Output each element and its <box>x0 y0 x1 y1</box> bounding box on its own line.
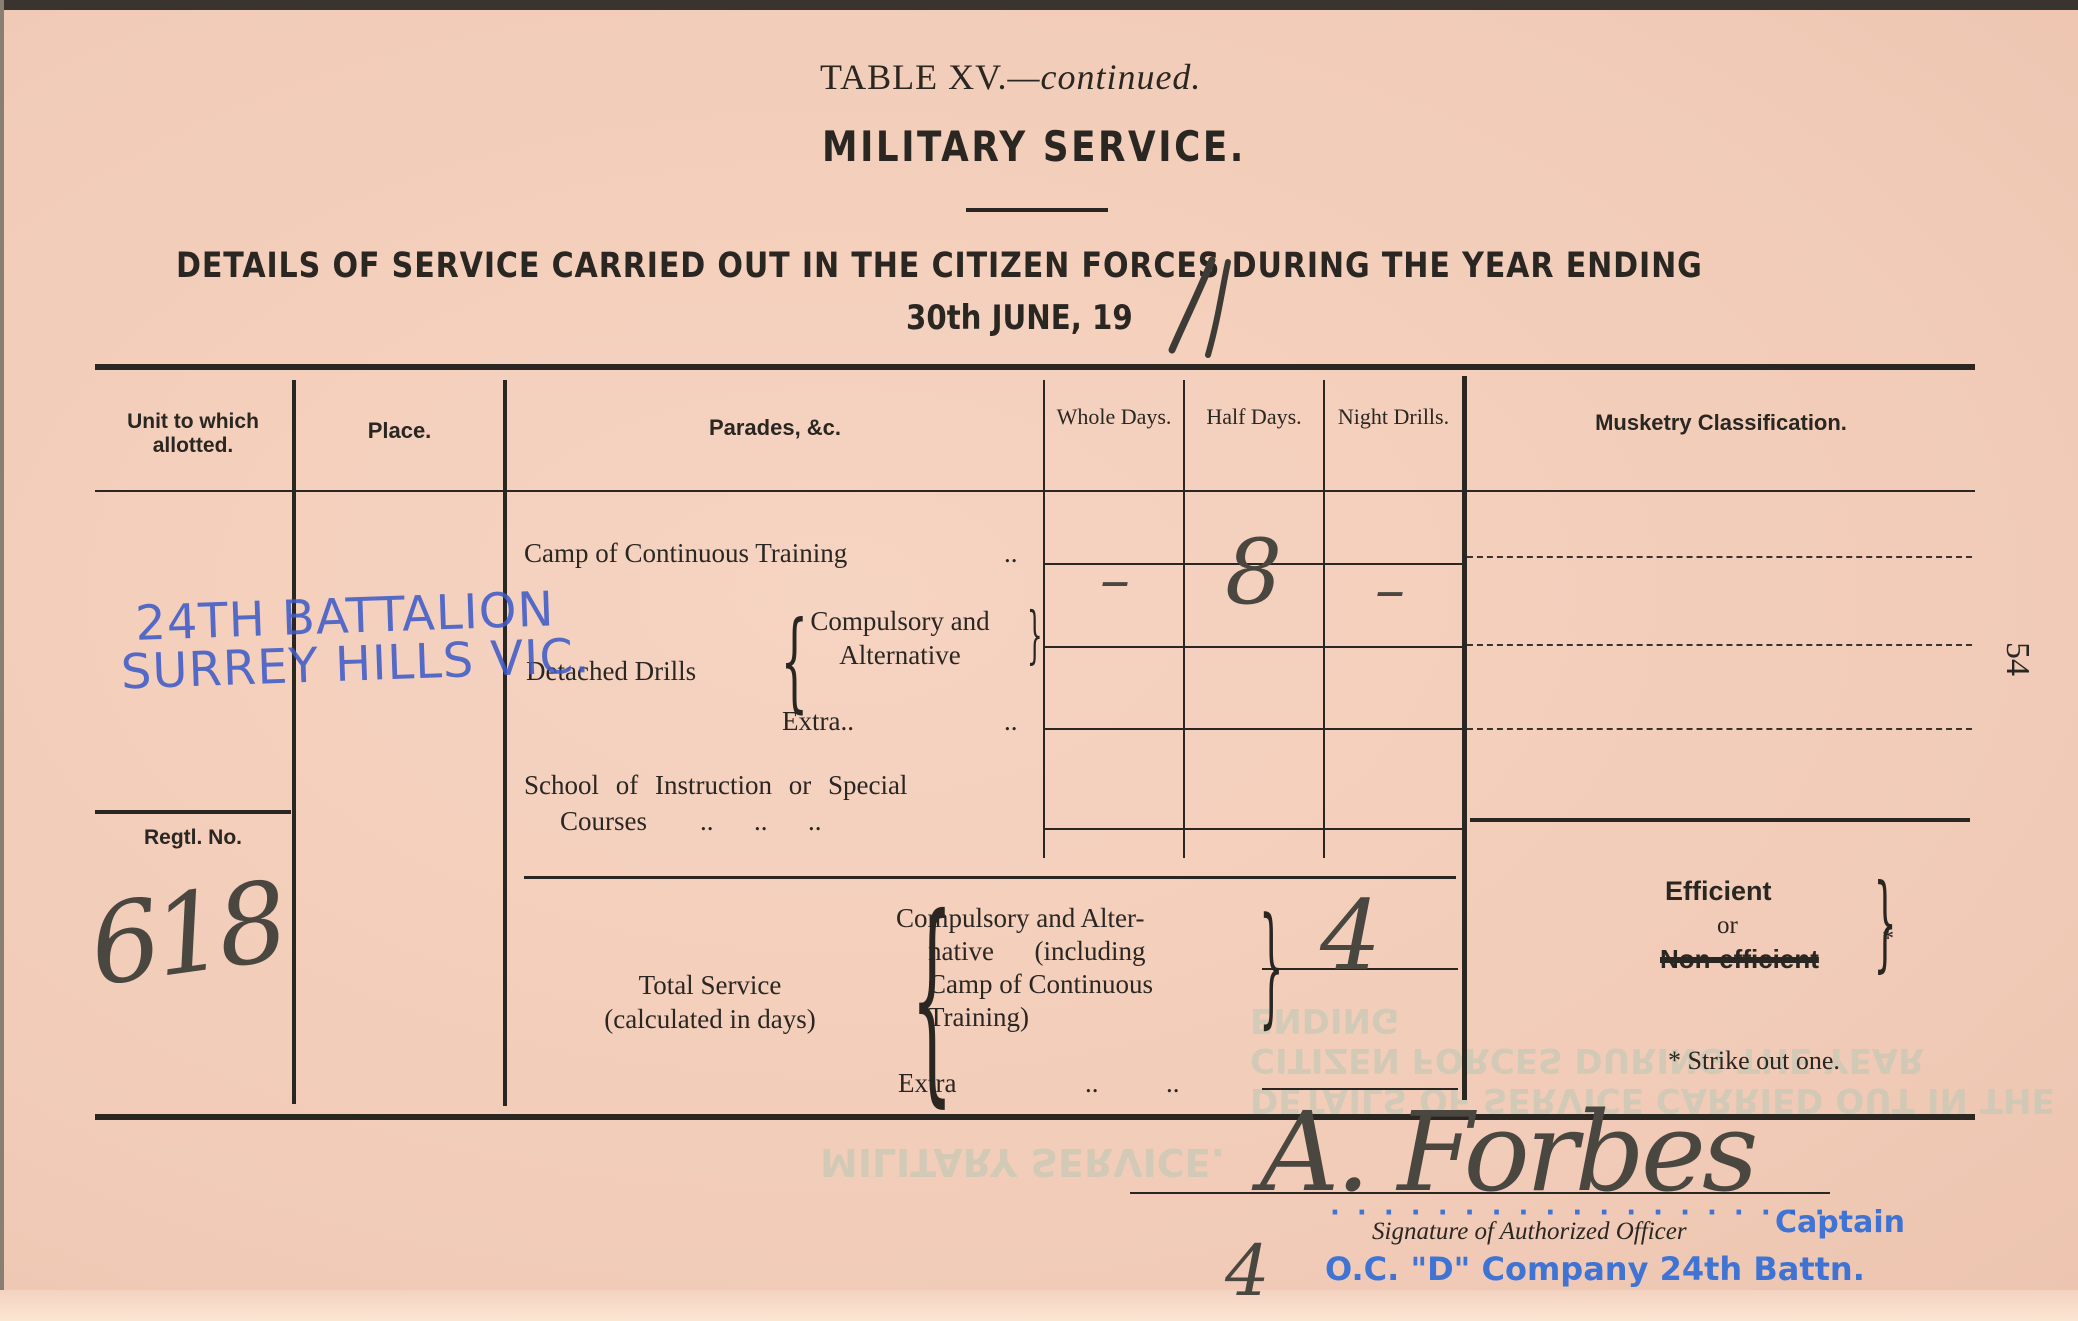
signature-label: Signature of Authorized Officer <box>1372 1218 1687 1246</box>
compulsory-line1: Compulsory and <box>780 604 1020 638</box>
header-musketry: Musketry Classification. <box>1467 410 1975 436</box>
table-label: TABLE XV.—continued. <box>820 56 1201 98</box>
unit-stamp: 24TH BATTALION SURREY HILLS VIC. <box>134 584 591 696</box>
col-divider-half <box>1323 380 1325 858</box>
musketry-footnote: * Strike out one. <box>1668 1046 1840 1076</box>
row-extra-dots: .. <box>1004 706 1018 737</box>
camp-whole-days-value[interactable]: – <box>1100 545 1130 615</box>
officer-unit-stamp: O.C. "D" Company 24th Battn. <box>1325 1250 1865 1288</box>
col-divider-parades <box>1043 380 1045 858</box>
total-service-line1: Total Service <box>560 968 860 1002</box>
page-left-edge <box>0 0 4 1321</box>
compulsory-brace-close: } <box>1027 604 1043 666</box>
col-divider-whole <box>1183 380 1185 858</box>
regtl-no-value[interactable]: 618 <box>82 857 290 1010</box>
table-top-rule <box>95 364 1975 370</box>
page-number: 54 <box>1998 642 2036 676</box>
header-bottom-rule <box>95 490 1975 492</box>
total-service-line2: (calculated in days) <box>560 1002 860 1036</box>
page-top-edge <box>0 0 2078 10</box>
officer-title-stamp: Captain <box>1775 1205 1905 1240</box>
total-comp-line1: Compulsory and Alter- <box>896 902 1236 935</box>
header-half-days: Half Days. <box>1185 404 1323 430</box>
unit-stamp-line2: SURREY HILLS VIC. <box>120 632 591 696</box>
col-divider-night <box>1462 376 1467 1100</box>
handwritten-year <box>1150 250 1260 360</box>
total-service-label: Total Service (calculated in days) <box>560 968 860 1036</box>
table-label-text: TABLE XV. <box>820 57 1007 97</box>
total-extra-label: Extra <box>898 1068 956 1099</box>
header-regtl-no: Regtl. No. <box>95 826 291 850</box>
header-unit: Unit to which allotted. <box>95 410 291 458</box>
header-place: Place. <box>296 418 503 444</box>
total-comp-line2: native (including <box>896 935 1236 968</box>
total-compulsory-label: Compulsory and Alter- native (including … <box>896 902 1236 1034</box>
show-through-text: MILITARY SERVICE. <box>820 1140 1225 1184</box>
total-comp-line4: Training) <box>896 1001 1236 1034</box>
year-ending-label: 30th JUNE, 19 <box>906 298 1133 338</box>
musketry-brace: } <box>1874 870 1897 974</box>
table-label-suffix: —continued. <box>1007 57 1201 97</box>
officer-signature[interactable]: A. Forbes <box>1260 1088 1754 1216</box>
header-parades: Parades, &c. <box>507 415 1043 441</box>
total-compulsory-brace-close: } <box>1259 900 1284 1030</box>
row-school-dots: .. .. .. <box>700 806 822 837</box>
musketry-line-2 <box>1467 644 1972 646</box>
total-compulsory-value[interactable]: 4 <box>1320 880 1381 992</box>
row-compulsory-label: Compulsory and Alternative <box>780 604 1020 672</box>
compulsory-line2: Alternative <box>780 638 1020 672</box>
header-whole-days: Whole Days. <box>1045 404 1183 430</box>
subtitle: DETAILS OF SERVICE CARRIED OUT IN THE CI… <box>176 246 1703 286</box>
regtl-rule <box>95 810 291 814</box>
total-comp-line3: Camp of Continuous <box>896 968 1236 1001</box>
total-section-rule <box>524 876 1456 879</box>
row-extra-label: Extra.. <box>782 706 854 737</box>
document-page: DETAILS OF SERVICE CARRIED OUT IN THE CI… <box>0 0 2078 1321</box>
row-camp-dots: .. <box>1004 538 1018 569</box>
signature-mark: 4 <box>1225 1230 1270 1312</box>
col-divider-unit <box>292 380 296 1104</box>
page-bottom-edge <box>0 1290 2078 1321</box>
row-line-compulsory <box>1045 646 1462 648</box>
page-title: MILITARY SERVICE. <box>822 122 1246 171</box>
title-rule <box>966 208 1108 212</box>
row-camp-label: Camp of Continuous Training <box>524 538 847 569</box>
row-line-school <box>1045 828 1462 830</box>
total-extra-dots: .. .. <box>1085 1068 1180 1099</box>
header-night-drills: Night Drills. <box>1325 404 1462 430</box>
musketry-or: or <box>1717 912 1738 940</box>
row-school-label-line2: Courses <box>560 806 647 837</box>
camp-half-days-value[interactable]: 8 <box>1225 520 1282 625</box>
musketry-section-rule <box>1470 818 1970 822</box>
musketry-asterisk: * <box>1882 926 1894 953</box>
camp-night-drills-value[interactable]: – <box>1375 555 1405 625</box>
musketry-option-efficient[interactable]: Efficient <box>1665 876 1772 907</box>
musketry-line-1 <box>1467 556 1972 558</box>
musketry-line-3 <box>1467 728 1972 730</box>
row-line-extra <box>1045 728 1462 730</box>
col-divider-place <box>503 380 507 1106</box>
row-school-label-line1: School of Instruction or Special <box>524 770 907 801</box>
musketry-option-non-efficient[interactable]: Non-efficient <box>1660 944 1819 975</box>
